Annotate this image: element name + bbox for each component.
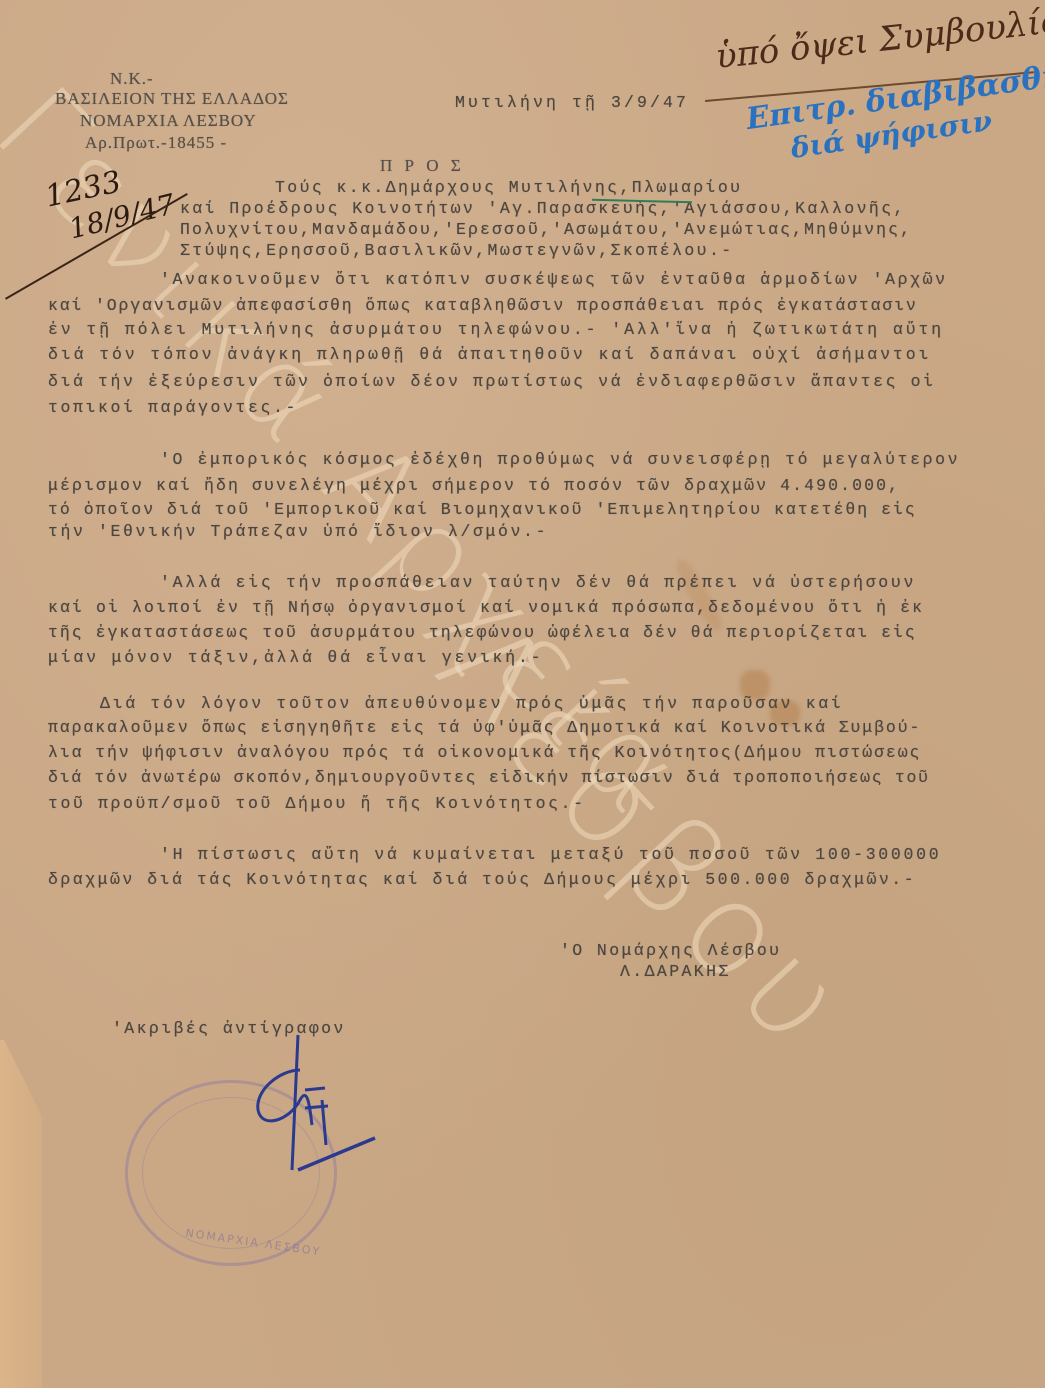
recipients-line: Τούς κ.κ.Δημάρχους Μυτιλήνης,Πλωμαρίου: [275, 180, 742, 197]
protocol-number: Αρ.Πρωτ.-18455 -: [85, 134, 227, 151]
body-line: τήν 'Εθνικήν Τράπεζαν ὑπό ἴδιον λ/σμόν.-: [48, 524, 548, 541]
body-line: ἐν τῇ πόλει Μυτιλήνης ἀσυρμάτου τηλεφώνο…: [48, 322, 944, 339]
body-line: καί 'Οργανισμῶν ἀπεφασίσθη ὅπως καταβληθ…: [48, 298, 918, 315]
body-line: λια τήν ψήφισιν ἀναλόγου πρός τά οἰκονομ…: [48, 745, 921, 762]
body-line: τό ὁποῖον διά τοῦ 'Εμπορικοῦ καί Βιομηχα…: [48, 502, 917, 519]
body-line: μίαν μόνον τάξιν,ἀλλά θά εἶναι γενική.-: [48, 650, 543, 667]
body-line: Διά τόν λόγον τοῦτον ἀπευθύνομεν πρός ὑμ…: [100, 696, 844, 713]
signature-icon: [250, 1030, 390, 1180]
recipients-line: καί Προέδρους Κοινοτήτων 'Αγ.Παρασκευής,…: [180, 201, 906, 218]
body-line: τοπικοί παράγοντες.-: [48, 400, 298, 417]
recipients-line: Στύψης,Ερησσοῦ,Βασιλικῶν,Μωστεγνῶν,Σκοπέ…: [180, 243, 734, 260]
body-line: διά τήν ἐξεύρεσιν τῶν ὁποίων δέον πρωτίσ…: [48, 374, 936, 391]
body-line: διά τόν τόπον ἀνάγκη πληρωθῇ θά ἀπαιτηθο…: [48, 347, 931, 364]
header-kingdom: ΒΑΣΙΛΕΙΟΝ ΤΗΣ ΕΛΛΑΔΟΣ: [55, 90, 289, 107]
signatory-name: Λ.ΔΑΡΑΚΗΣ: [620, 964, 731, 981]
header-line-nk: Ν.Κ.-: [110, 70, 154, 87]
body-line: 'Αλλά εἰς τήν προσπάθειαν ταύτην δέν θά …: [160, 575, 916, 592]
recipients-line: Πολυχνίτου,Μανδαμάδου,'Ερεσσοῦ,'Ασωμάτου…: [180, 222, 912, 239]
body-line: 'Η πίστωσις αὕτη νά κυμαίνεται μεταξύ το…: [160, 847, 941, 864]
body-line: μέρισμον καί ἤδη συνελέγη μέχρι σήμερον …: [48, 478, 900, 495]
pros-heading: Π Ρ Ο Σ: [380, 157, 465, 174]
body-line: καί οἱ λοιποί ἐν τῇ Νήσῳ ὀργανισμοί καί …: [48, 600, 924, 617]
header-prefecture: ΝΟΜΑΡΧΙΑ ΛΕΣΒΟΥ: [80, 112, 257, 129]
body-line: τῆς ἐγκαταστάσεως τοῦ ἀσυρμάτου τηλεφώνο…: [48, 625, 917, 642]
signatory-title: 'Ο Νομάρχης Λέσβου: [560, 943, 781, 960]
body-line: τοῦ προϋπ/σμοῦ τοῦ Δήμου ἤ τῆς Κοινότητο…: [48, 796, 586, 813]
body-line: δραχμῶν διά τάς Κοινότητας καί διά τούς …: [48, 872, 916, 889]
place-date: Μυτιλήνη τῇ 3/9/47: [455, 95, 689, 112]
body-line: 'Ο ἐμπορικός κόσμος ἐδέχθη προθύμως νά σ…: [160, 452, 960, 469]
body-line: 'Ανακοινοῦμεν ὅτι κατόπιν συσκέψεως τῶν …: [160, 272, 948, 289]
body-line: διά τόν ἀνωτέρω σκοπόν,δημιουργοῦντες εἰ…: [48, 770, 930, 787]
body-line: παρακαλοῦμεν ὅπως εἰσηγηθῆτε εἰς τά ὑφ'ὑ…: [48, 720, 921, 737]
